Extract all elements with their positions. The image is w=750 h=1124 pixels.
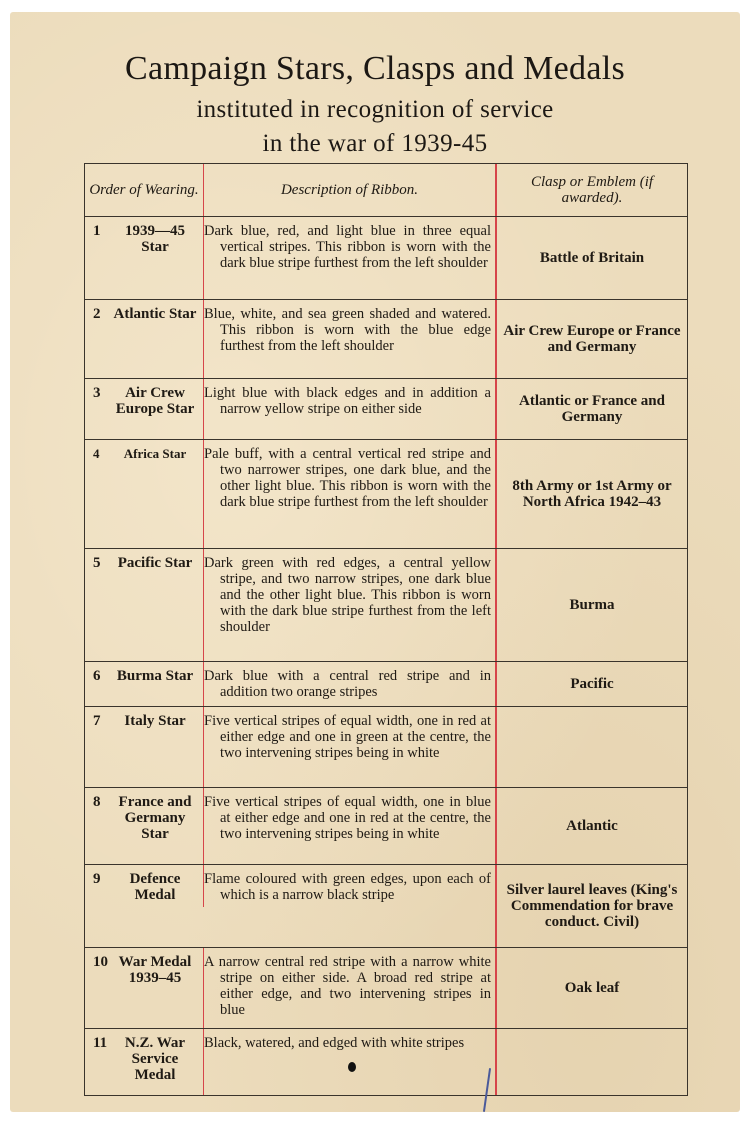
- medal-name: France and Germany Star: [111, 794, 199, 842]
- medal-name: Defence Medal: [111, 871, 199, 903]
- clasp-cell: Oak leaf: [495, 948, 687, 1028]
- medal-name-cell: 6Burma Star: [85, 662, 203, 706]
- table-header: Order of Wearing. Description of Ribbon.…: [85, 163, 687, 216]
- medal-name: Italy Star: [111, 713, 199, 729]
- clasp-cell: [495, 707, 687, 787]
- medal-name: Air Crew Europe Star: [111, 385, 199, 417]
- document-subtitle-1: instituted in recognition of service: [10, 96, 740, 124]
- medal-name: 1939—45 Star: [111, 223, 199, 255]
- table-row: 11N.Z. War Service Medal Black, watered,…: [85, 1028, 687, 1096]
- table-row: 8France and Germany Star Five vertical s…: [85, 787, 687, 864]
- medal-name: Pacific Star: [111, 555, 199, 571]
- table-row: 10War Medal 1939–45 A narrow central red…: [85, 947, 687, 1028]
- medal-name-cell: 2Atlantic Star: [85, 300, 203, 378]
- table-row: 5Pacific Star Dark green with red edges,…: [85, 548, 687, 661]
- order-number: 4: [93, 446, 111, 462]
- ribbon-description: Five vertical stripes of equal width, on…: [203, 788, 495, 864]
- header-clasp: Clasp or Emblem (if awarded).: [495, 164, 687, 216]
- ribbon-description: Dark green with red edges, a central yel…: [203, 549, 495, 661]
- ribbon-description: Flame coloured with green edges, upon ea…: [203, 865, 495, 907]
- order-number: 6: [93, 668, 111, 684]
- ribbon-description: Pale buff, with a central vertical red s…: [203, 440, 495, 548]
- medal-name-cell: 4Africa Star: [85, 440, 203, 548]
- table-row: 11939—45 Star Dark blue, red, and light …: [85, 216, 687, 299]
- table-row: 2Atlantic Star Blue, white, and sea gree…: [85, 299, 687, 378]
- ribbon-description: Five vertical stripes of equal width, on…: [203, 707, 495, 787]
- ribbon-description: Dark blue with a central red stripe and …: [203, 662, 495, 706]
- medal-name: Atlantic Star: [111, 306, 199, 322]
- order-number: 11: [93, 1035, 111, 1083]
- order-number: 8: [93, 794, 111, 842]
- clasp-cell: Air Crew Europe or France and Germany: [495, 300, 687, 378]
- medal-name-cell: 8France and Germany Star: [85, 788, 203, 864]
- header-order: Order of Wearing.: [85, 164, 203, 216]
- clasp-cell: 8th Army or 1st Army or North Africa 194…: [495, 440, 687, 548]
- medal-name: Burma Star: [111, 668, 199, 684]
- clasp-cell: Atlantic or France and Germany: [495, 379, 687, 439]
- table-row: 4Africa Star Pale buff, with a central v…: [85, 439, 687, 548]
- medal-name-cell: 9Defence Medal: [85, 865, 203, 947]
- medal-name-cell: 11N.Z. War Service Medal: [85, 1029, 203, 1095]
- ribbon-description: Dark blue, red, and light blue in three …: [203, 217, 495, 299]
- medal-name: N.Z. War Service Medal: [111, 1035, 199, 1083]
- medals-table: Order of Wearing. Description of Ribbon.…: [84, 163, 688, 1096]
- order-number: 1: [93, 223, 111, 255]
- ribbon-description: Blue, white, and sea green shaded and wa…: [203, 300, 495, 378]
- medal-name-cell: 10War Medal 1939–45: [85, 948, 203, 1028]
- document-title: Campaign Stars, Clasps and Medals: [10, 50, 740, 88]
- clasp-cell: Battle of Britain: [495, 217, 687, 299]
- header-description: Description of Ribbon.: [203, 164, 495, 216]
- order-number: 7: [93, 713, 111, 729]
- order-number: 5: [93, 555, 111, 571]
- document-subtitle-2: in the war of 1939-45: [10, 130, 740, 158]
- medal-name-cell: 3Air Crew Europe Star: [85, 379, 203, 439]
- order-number: 3: [93, 385, 111, 417]
- clasp-cell: Burma: [495, 549, 687, 661]
- order-number: 10: [93, 954, 111, 986]
- clasp-cell: Atlantic: [495, 788, 687, 864]
- medal-name-cell: 7Italy Star: [85, 707, 203, 787]
- ribbon-description: A narrow central red stripe with a narro…: [203, 948, 495, 1028]
- punch-hole-mark: [348, 1062, 356, 1072]
- document-page: Campaign Stars, Clasps and Medals instit…: [10, 12, 740, 1112]
- clasp-cell: Pacific: [495, 662, 687, 706]
- clasp-cell: [495, 1029, 687, 1095]
- medal-name-cell: 5Pacific Star: [85, 549, 203, 661]
- table-row: 7Italy Star Five vertical stripes of equ…: [85, 706, 687, 787]
- ribbon-description: Light blue with black edges and in addit…: [203, 379, 495, 439]
- table-row: 9Defence Medal Flame coloured with green…: [85, 864, 687, 947]
- clasp-cell: Silver laurel leaves (King's Commendatio…: [495, 865, 687, 947]
- order-number: 2: [93, 306, 111, 322]
- order-number: 9: [93, 871, 111, 903]
- medal-name-cell: 11939—45 Star: [85, 217, 203, 299]
- table-row: 3Air Crew Europe Star Light blue with bl…: [85, 378, 687, 439]
- medal-name: Africa Star: [111, 446, 199, 462]
- table-row: 6Burma Star Dark blue with a central red…: [85, 661, 687, 706]
- medal-name: War Medal 1939–45: [111, 954, 199, 986]
